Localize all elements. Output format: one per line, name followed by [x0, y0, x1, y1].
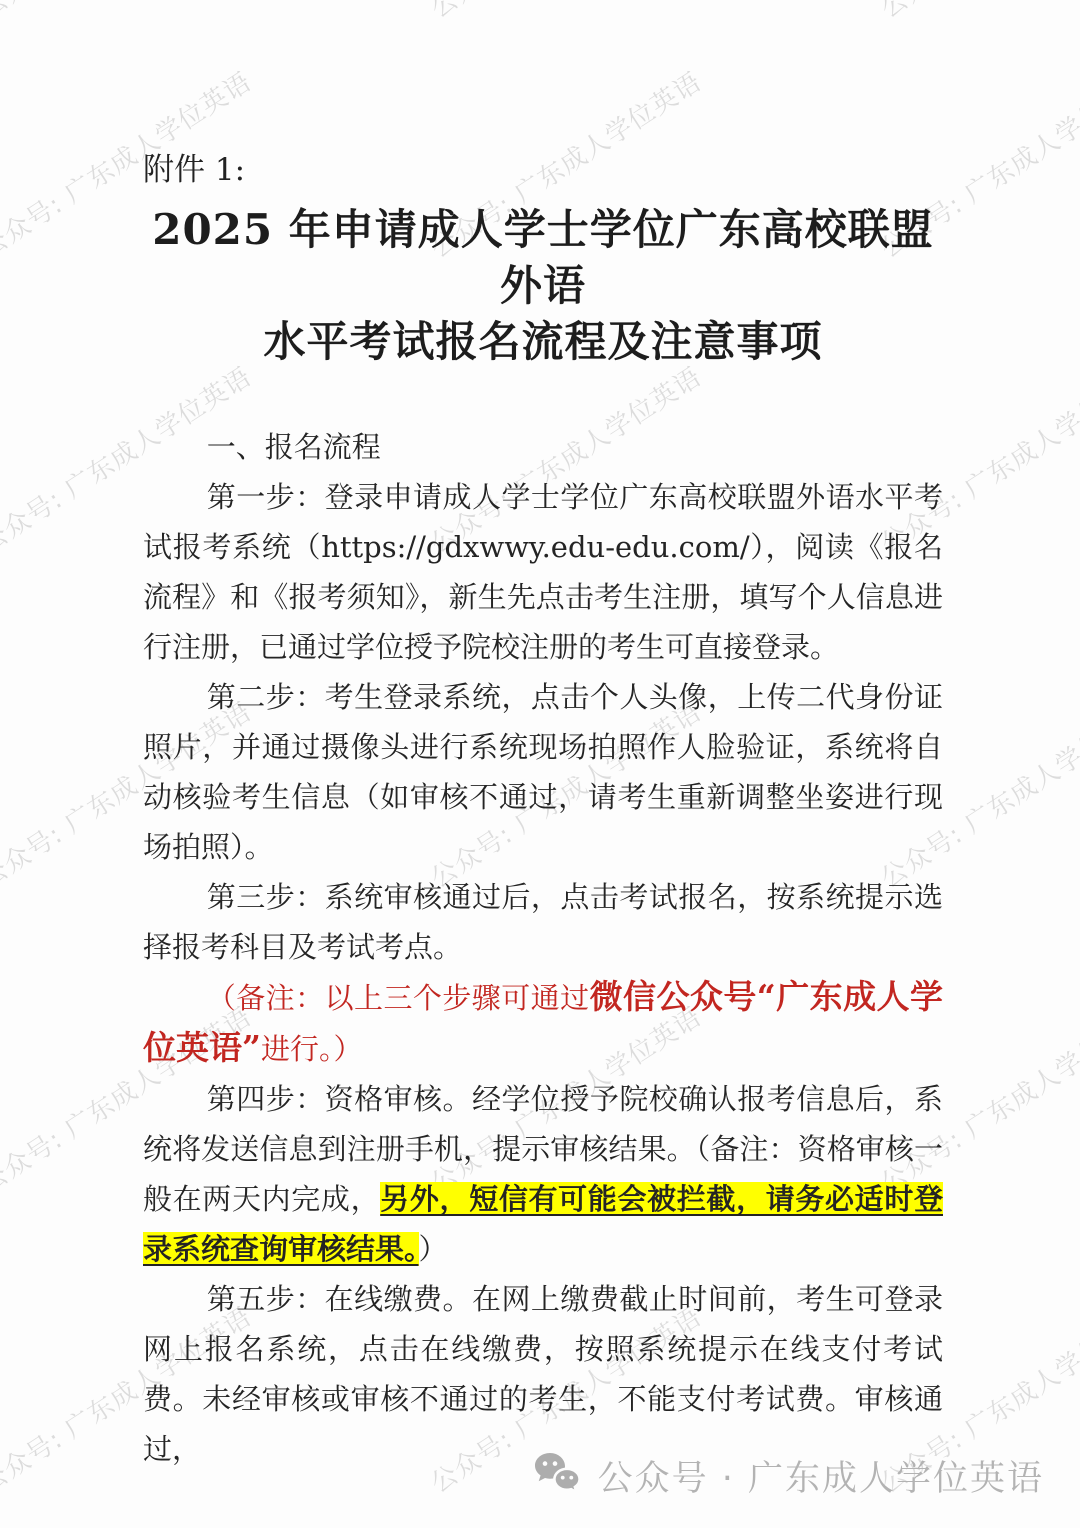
note-prefix: （备注：以上三个步骤可通过	[207, 981, 590, 1015]
page-title-line2: 水平考试报名流程及注意事项	[143, 314, 943, 370]
page-title: 2025 年申请成人学士学位广东高校联盟外语 水平考试报名流程及注意事项	[143, 202, 943, 370]
document-content: 附件 1: 2025 年申请成人学士学位广东高校联盟外语 水平考试报名流程及注意…	[143, 150, 943, 1474]
paragraph-step2: 第二步：考生登录系统，点击个人头像，上传二代身份证照片，并通过摄像头进行系统现场…	[143, 672, 943, 872]
paragraph-step1: 第一步：登录申请成人学士学位广东高校联盟外语水平考试报考系统（https://g…	[143, 472, 943, 672]
paragraph-step5: 第五步：在线缴费。在网上缴费截止时间前，考生可登录网上报名系统，点击在线缴费，按…	[143, 1274, 943, 1474]
watermark-text: 公众号: 广东成人学位英语	[412, 0, 717, 32]
page-title-line1: 2025 年申请成人学士学位广东高校联盟外语	[143, 202, 943, 314]
footer-banner: 公众号 · 广东成人学位英语	[532, 1450, 1044, 1502]
step4-suffix: ）	[419, 1232, 448, 1266]
note-suffix: 进行。）	[261, 1032, 363, 1066]
watermark-text: 公众号: 广东成人学位英语	[862, 0, 1080, 32]
paragraph-note-red: （备注：以上三个步骤可通过微信公众号“广东成人学位英语”进行。）	[143, 972, 943, 1074]
watermark-text: 公众号: 广东成人学位英语	[0, 0, 268, 32]
body-text: 一、报名流程 第一步：登录申请成人学士学位广东高校联盟外语水平考试报考系统（ht…	[143, 422, 943, 1474]
paragraph-step3: 第三步：系统审核通过后，点击考试报名，按系统提示选择报考科目及考试考点。	[143, 872, 943, 972]
section-heading-registration-process: 一、报名流程	[143, 422, 943, 472]
attachment-label: 附件 1:	[143, 150, 943, 190]
document-page: 公众号: 广东成人学位英语公众号: 广东成人学位英语公众号: 广东成人学位英语公…	[0, 0, 1080, 1528]
footer-label: 公众号 · 广东成人学位英语	[598, 1451, 1044, 1501]
wechat-icon	[532, 1450, 584, 1502]
paragraph-step4: 第四步：资格审核。经学位授予院校确认报考信息后，系统将发送信息到注册手机，提示审…	[143, 1074, 943, 1274]
